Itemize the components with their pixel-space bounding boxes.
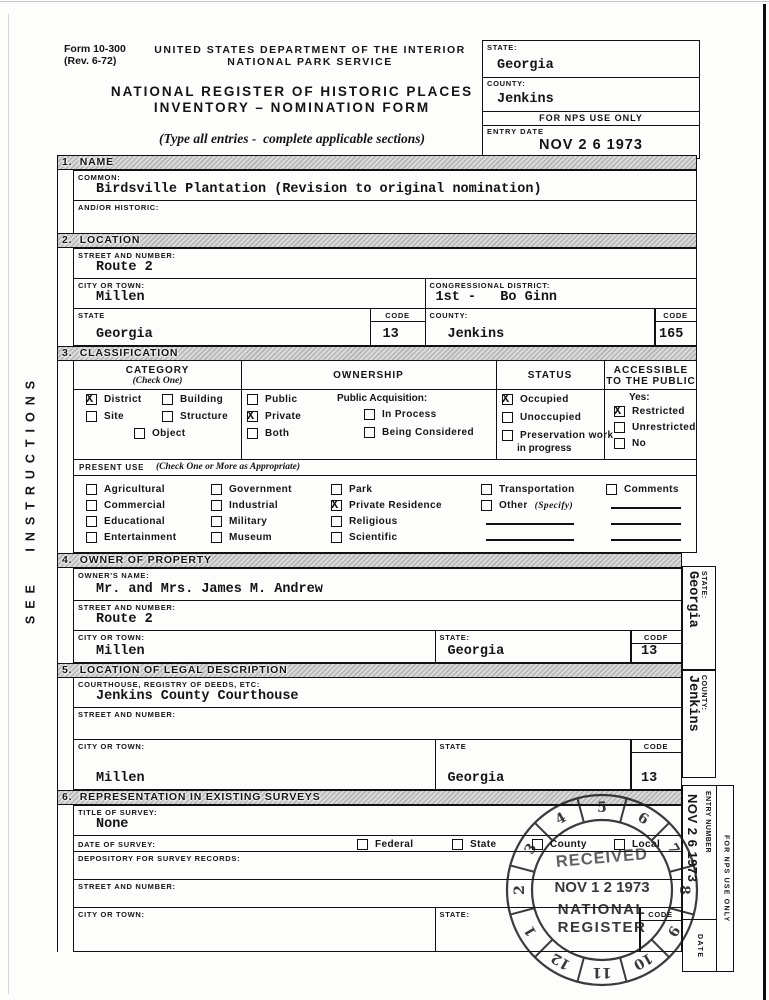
checkbox-preservation-work: Preservation work <box>502 430 614 441</box>
margin-date-label: DATE <box>696 934 703 959</box>
section-5-header: 5. LOCATION OF LEGAL DESCRIPTION <box>57 663 682 678</box>
checkbox-private-residence: Private Residence <box>331 500 442 511</box>
checkbox-square <box>162 411 173 422</box>
checkbox-label: Military <box>229 516 267 527</box>
checkbox-unrestricted: Unrestricted <box>614 422 696 433</box>
checkbox-square <box>86 411 97 422</box>
legal-state-value: Georgia <box>448 771 505 786</box>
stamp-dial-number: 10 <box>631 949 656 973</box>
table-header-divider <box>74 389 696 390</box>
section-4-header: 4. OWNER OF PROPERTY <box>57 553 682 568</box>
checkbox-label: District <box>104 394 142 405</box>
legal-code-value: 13 <box>641 771 657 786</box>
survey-city-label: CITY OR TOWN: <box>78 910 145 919</box>
checkbox-label: State <box>470 839 496 850</box>
legal-street-label: STREET AND NUMBER: <box>78 710 176 719</box>
checkbox-county: County <box>532 839 587 850</box>
checkbox-square <box>357 839 368 850</box>
owner-code-value: 13 <box>641 644 657 659</box>
depository-label: DEPOSITORY FOR SURVEY RECORDS: <box>78 854 240 863</box>
checkbox-square <box>86 532 97 543</box>
checkbox-square <box>614 406 625 417</box>
checkbox-square <box>211 484 222 495</box>
stamp-dial-number: 11 <box>592 964 611 980</box>
checkbox-no: No <box>614 438 646 449</box>
district-label: CONGRESSIONAL DISTRICT: <box>430 281 551 290</box>
checkbox-label: Building <box>180 394 223 405</box>
checkbox-park: Park <box>331 484 372 495</box>
street-label: STREET AND NUMBER: <box>78 251 176 260</box>
margin-county-label: COUNTY: <box>700 675 707 775</box>
checkbox-square <box>331 500 342 511</box>
checkbox-object: Object <box>134 428 186 439</box>
legal-city-label: CITY OR TOWN: <box>78 742 145 751</box>
form-number: Form 10-300 (Rev. 6-72) <box>64 43 126 67</box>
checkbox-label: Private <box>265 411 301 422</box>
owner-state-value: Georgia <box>448 644 505 659</box>
field-owner-street: STREET AND NUMBER: Route 2 <box>73 600 682 631</box>
checkbox-square <box>502 394 513 405</box>
section-1-header: 1. NAME <box>57 155 697 170</box>
checkbox-label: Preservation work <box>520 430 614 441</box>
checkbox-square <box>86 500 97 511</box>
checkbox-square <box>614 438 625 449</box>
present-use-note: (Check One or More as Appropriate) <box>156 462 300 472</box>
checkbox-label: Agricultural <box>104 484 165 495</box>
checkbox-scientific: Scientific <box>331 532 397 543</box>
checkbox-industrial: Industrial <box>211 500 278 511</box>
historic-label: AND/OR HISTORIC: <box>78 203 159 212</box>
section-3-header: 3. CLASSIFICATION <box>57 346 697 361</box>
checkbox-square <box>606 484 617 495</box>
survey-title-value: None <box>96 817 128 832</box>
county-value: Jenkins <box>448 327 505 342</box>
checkbox-label: Entertainment <box>104 532 176 543</box>
state-label: STATE: <box>487 43 517 52</box>
checkbox-square <box>162 394 173 405</box>
checkbox-label: County <box>550 839 587 850</box>
checkbox-label: Private Residence <box>349 500 442 511</box>
stamp-dial-number: 12 <box>549 949 574 973</box>
checkbox-square <box>614 422 625 433</box>
checkbox-museum: Museum <box>211 532 272 543</box>
margin-state-box: STATE: Georgia <box>682 566 716 670</box>
checkbox-square <box>452 839 463 850</box>
checkbox-state: State <box>452 839 496 850</box>
field-county-code: CODE 165 <box>654 308 697 346</box>
owner-name-value: Mr. and Mrs. James M. Andrew <box>96 582 323 597</box>
field-state-code: CODE 13 <box>370 308 426 346</box>
checkbox-unoccupied: Unoccupied <box>502 412 581 423</box>
category-header: CATEGORY <box>74 365 241 376</box>
category-header-note: (Check One) <box>74 376 241 386</box>
owner-street-value: Route 2 <box>96 612 153 627</box>
blank-line <box>611 539 681 541</box>
field-common-name: COMMON: Birdsville Plantation (Revision … <box>73 170 697 201</box>
form-title-line2: INVENTORY – NOMINATION FORM <box>72 100 512 115</box>
checkbox-label: Commercial <box>104 500 165 511</box>
checkbox-commercial: Commercial <box>86 500 165 511</box>
checkbox-restricted: Restricted <box>614 406 685 417</box>
checkbox-label: Museum <box>229 532 272 543</box>
accessible-header-line1: ACCESSIBLE <box>604 365 698 376</box>
top-right-county-cell: COUNTY: Jenkins <box>483 77 699 112</box>
common-value: Birdsville Plantation (Revision to origi… <box>96 182 542 197</box>
other-specify-note: (Specify) <box>535 501 573 511</box>
city-label: CITY OR TOWN: <box>78 281 145 290</box>
checkbox-label: Scientific <box>349 532 397 543</box>
field-owner-state: STATE: Georgia <box>435 630 632 663</box>
common-label: COMMON: <box>78 173 120 182</box>
field-survey-city: CITY OR TOWN: <box>73 907 436 952</box>
state-label: STATE <box>78 311 105 320</box>
status-continuation: in progress <box>517 443 571 454</box>
margin-entry-date-stamp: NOV 2 6 1973 <box>685 794 700 882</box>
county-label: COUNTY: <box>430 311 469 320</box>
checkbox-public: Public <box>247 394 297 405</box>
section-6-header: 6. REPRESENTATION IN EXISTING SURVEYS <box>57 790 682 805</box>
field-depository: DEPOSITORY FOR SURVEY RECORDS: <box>73 851 682 880</box>
checkbox-building: Building <box>162 394 223 405</box>
checkbox-square <box>364 427 375 438</box>
margin-county: COUNTY: Jenkins <box>685 675 707 775</box>
section-2-header: 2. LOCATION <box>57 233 697 248</box>
margin-county-value: Jenkins <box>685 675 700 775</box>
form-number-line1: Form 10-300 <box>64 43 126 55</box>
classification-table: CATEGORY (Check One) OWNERSHIP STATUS AC… <box>73 360 697 460</box>
checkbox-label: Local <box>632 839 660 850</box>
scan-edge-left <box>8 14 9 994</box>
margin-state-value: Georgia <box>685 571 700 667</box>
checkbox-military: Military <box>211 516 267 527</box>
checkbox-label: No <box>632 438 646 449</box>
margin-nps-only-label: FOR NPS USE ONLY <box>723 835 730 922</box>
checkbox-square <box>86 484 97 495</box>
checkbox-label: Other <box>499 500 528 511</box>
checkbox-square <box>364 409 375 420</box>
checkbox-label: Industrial <box>229 500 278 511</box>
checkbox-square <box>481 500 492 511</box>
entry-date-label-cell: ENTRY DATE <box>483 125 699 137</box>
field-historic-name: AND/OR HISTORIC: <box>73 200 697 234</box>
survey-state-label: STATE: <box>440 910 470 919</box>
checkbox-square <box>614 839 625 850</box>
checkbox-square <box>481 484 492 495</box>
checkbox-entertainment: Entertainment <box>86 532 176 543</box>
checkbox-comments: Comments <box>606 484 679 495</box>
field-city: CITY OR TOWN: Millen <box>73 278 426 309</box>
checkbox-label: Unoccupied <box>520 412 581 423</box>
accessible-header-line2: TO THE PUBLIC <box>604 376 698 387</box>
checkbox-square <box>86 394 97 405</box>
checkbox-square <box>247 411 258 422</box>
checkbox-square <box>502 430 513 441</box>
legal-state-label: STATE <box>440 742 467 751</box>
blank-line <box>611 523 681 525</box>
margin-entry-number-cell: ENTRY NUMBER NOV 2 6 1973 <box>683 786 716 919</box>
checkbox-federal: Federal <box>357 839 413 850</box>
field-congressional-district: CONGRESSIONAL DISTRICT: 1st - Bo Ginn <box>425 278 698 309</box>
checkbox-occupied: Occupied <box>502 394 569 405</box>
scan-edge-right <box>763 4 766 1000</box>
checkbox-square <box>247 394 258 405</box>
checkbox-district: District <box>86 394 142 405</box>
checkbox-label: Both <box>265 428 289 439</box>
public-acquisition-label: Public Acquisition: <box>337 393 427 404</box>
checkbox-square <box>331 484 342 495</box>
field-state: STATE Georgia <box>73 308 371 346</box>
checkbox-agricultural: Agricultural <box>86 484 165 495</box>
county-label: COUNTY: <box>487 79 526 88</box>
city-value: Millen <box>96 290 145 305</box>
district-value: 1st - Bo Ginn <box>436 290 558 305</box>
entry-date-stamp: NOV 2 6 1973 <box>483 137 699 153</box>
county-code-label: CODE <box>655 309 696 322</box>
checkbox-square <box>211 500 222 511</box>
owner-name-label: OWNER'S NAME: <box>78 571 149 580</box>
checkbox-label: Unrestricted <box>632 422 696 433</box>
checkbox-private: Private <box>247 411 301 422</box>
field-legal-state: STATE Georgia <box>435 739 632 790</box>
department-line2: NATIONAL PARK SERVICE <box>130 56 490 68</box>
checkbox-square <box>86 516 97 527</box>
checkbox-square <box>532 839 543 850</box>
checkbox-label: Restricted <box>632 406 685 417</box>
checkbox-other: Other(Specify) <box>481 500 573 511</box>
field-survey-code: CODE <box>639 907 682 952</box>
top-right-state-cell: STATE: Georgia <box>483 41 699 78</box>
entry-date-label: ENTRY DATE <box>487 127 544 136</box>
field-owner-city: CITY OR TOWN: Millen <box>73 630 436 663</box>
checkbox-both: Both <box>247 428 289 439</box>
owner-code-label: CODF <box>631 631 681 644</box>
survey-code-label: CODE <box>640 908 681 921</box>
scan-edge-top <box>0 1 769 2</box>
checkbox-label: Government <box>229 484 292 495</box>
blank-line <box>486 539 574 541</box>
legal-code-label: CODE <box>631 740 681 753</box>
checkbox-label: Site <box>104 411 124 422</box>
field-survey-state: STATE: <box>435 907 641 952</box>
owner-street-label: STREET AND NUMBER: <box>78 603 176 612</box>
ownership-header: OWNERSHIP <box>241 370 496 381</box>
field-survey-title: TITLE OF SURVEY: None <box>73 805 682 836</box>
state-code-label: CODE <box>371 309 425 322</box>
form-title-line1: NATIONAL REGISTER OF HISTORIC PLACES <box>72 84 512 99</box>
checkbox-label: Being Considered <box>382 427 474 438</box>
department-line1: UNITED STATES DEPARTMENT OF THE INTERIOR <box>130 44 490 56</box>
see-instructions-vertical: SEE INSTRUCTIONS <box>24 357 38 642</box>
margin-nps-box: FOR NPS USE ONLY ENTRY NUMBER NOV 2 6 19… <box>682 785 734 972</box>
field-courthouse: COURTHOUSE, REGISTRY OF DEEDS, ETC: Jenk… <box>73 677 682 708</box>
blank-line <box>611 507 681 509</box>
checkbox-label: Park <box>349 484 372 495</box>
checkbox-site: Site <box>86 411 124 422</box>
checkbox-square <box>247 428 258 439</box>
checkbox-square <box>211 532 222 543</box>
checkbox-label: Public <box>265 394 297 405</box>
checkbox-educational: Educational <box>86 516 165 527</box>
checkbox-label: Structure <box>180 411 228 422</box>
owner-state-label: STATE: <box>440 633 470 642</box>
present-use-label: PRESENT USE <box>79 463 144 472</box>
top-right-box: STATE: Georgia COUNTY: Jenkins FOR NPS U… <box>482 40 700 159</box>
field-owner-code: CODF 13 <box>630 630 682 663</box>
checkbox-transportation: Transportation <box>481 484 575 495</box>
courthouse-value: Jenkins County Courthouse <box>96 689 299 704</box>
checkbox-structure: Structure <box>162 411 228 422</box>
checkbox-label: Occupied <box>520 394 569 405</box>
margin-county-box: COUNTY: Jenkins <box>682 670 716 778</box>
margin-date-cell: DATE <box>683 919 716 973</box>
field-legal-city: CITY OR TOWN: Millen <box>73 739 436 790</box>
field-owner-name: OWNER'S NAME: Mr. and Mrs. James M. Andr… <box>73 568 682 601</box>
survey-date-label: DATE OF SURVEY: <box>78 840 156 849</box>
checkbox-square <box>502 412 513 423</box>
legal-city-value: Millen <box>96 771 145 786</box>
checkbox-label: Object <box>152 428 186 439</box>
checkbox-label: In Process <box>382 409 437 420</box>
margin-nps-only-cell: FOR NPS USE ONLY <box>716 786 735 971</box>
present-use-header-row: PRESENT USE (Check One or More as Approp… <box>74 460 696 476</box>
nps-use-only-label: FOR NPS USE ONLY <box>483 111 699 126</box>
street-value: Route 2 <box>96 260 153 275</box>
blank-line <box>486 523 574 525</box>
field-street: STREET AND NUMBER: Route 2 <box>73 248 697 279</box>
field-legal-street: STREET AND NUMBER: <box>73 707 682 740</box>
margin-state-label: STATE: <box>700 571 707 667</box>
checkbox-label: Transportation <box>499 484 575 495</box>
scanned-form-page: { "header": { "form_number": "Form 10-30… <box>0 0 769 1000</box>
checkbox-label: Religious <box>349 516 398 527</box>
courthouse-label: COURTHOUSE, REGISTRY OF DEEDS, ETC: <box>78 680 260 689</box>
state-code-value: 13 <box>383 327 399 342</box>
checkbox-label: Educational <box>104 516 165 527</box>
checkbox-being-considered: Being Considered <box>364 427 474 438</box>
field-survey-street: STREET AND NUMBER: <box>73 879 682 908</box>
status-header: STATUS <box>496 370 604 381</box>
checkbox-in-process: In Process <box>364 409 437 420</box>
checkbox-square <box>134 428 145 439</box>
owner-city-value: Millen <box>96 644 145 659</box>
checkbox-square <box>331 516 342 527</box>
margin-state: STATE: Georgia <box>685 571 707 667</box>
checkbox-local: Local <box>614 839 660 850</box>
survey-street-label: STREET AND NUMBER: <box>78 882 176 891</box>
state-value: Georgia <box>96 327 153 342</box>
form-number-line2: (Rev. 6-72) <box>64 55 126 67</box>
checkbox-square <box>211 516 222 527</box>
county-code-value: 165 <box>659 327 683 342</box>
checkbox-label: Comments <box>624 484 679 495</box>
checkbox-religious: Religious <box>331 516 398 527</box>
field-survey-date: DATE OF SURVEY: Federal State County Loc… <box>73 835 682 852</box>
state-value: Georgia <box>497 58 554 73</box>
county-value: Jenkins <box>497 92 554 107</box>
field-legal-code: CODE 13 <box>630 739 682 790</box>
checkbox-square <box>331 532 342 543</box>
checkbox-government: Government <box>211 484 292 495</box>
margin-entry-number-label: ENTRY NUMBER <box>704 791 711 853</box>
access-yes-label: Yes: <box>629 392 650 403</box>
field-county: COUNTY: Jenkins <box>425 308 656 346</box>
checkbox-label: Federal <box>375 839 413 850</box>
owner-city-label: CITY OR TOWN: <box>78 633 145 642</box>
present-use-box: PRESENT USE (Check One or More as Approp… <box>73 459 697 553</box>
type-instructions: (Type all entries - complete applicable … <box>72 131 512 147</box>
survey-title-label: TITLE OF SURVEY: <box>78 808 157 817</box>
